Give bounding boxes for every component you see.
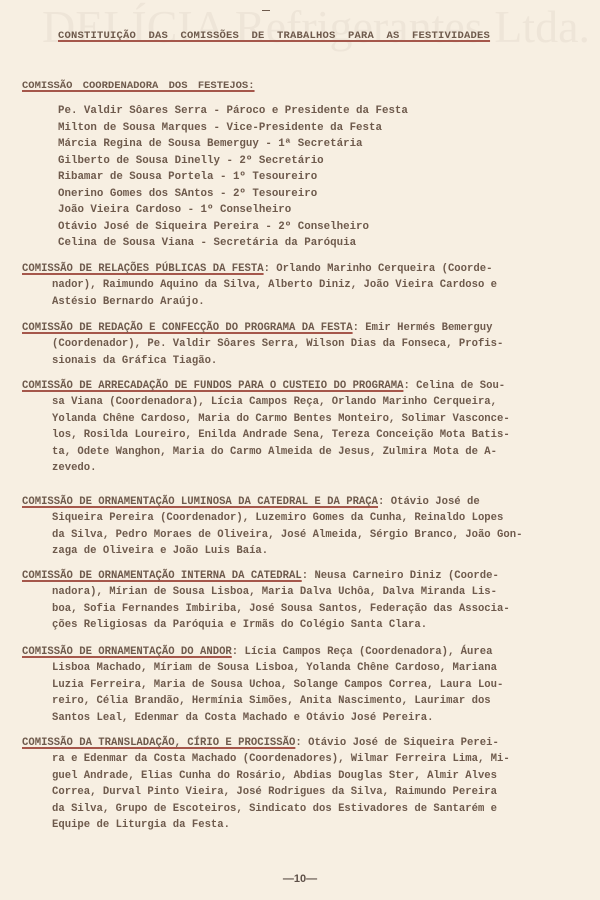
section-line: Astésio Bernardo Araújo. [52, 294, 570, 310]
section-text: : Emir Hermés Bemerguy [353, 322, 493, 334]
section-line: zevedo. [52, 460, 570, 476]
committee-section: COMISSÃO DE REDAÇÃO E CONFECÇÃO DO PROGR… [22, 320, 570, 369]
page-number: —10— [0, 873, 600, 885]
member-line: Gilberto de Sousa Dinelly - 2º Secretári… [58, 153, 408, 170]
section-title: COMISSÃO DE ORNAMENTAÇÃO DO ANDOR [22, 646, 232, 658]
committee-section: COMISSÃO DE ARRECADAÇÃO DE FUNDOS PARA O… [22, 378, 570, 476]
section-line: ções Religiosas da Paróquia e Irmãs do C… [52, 617, 570, 633]
section-line: Correa, Durval Pinto Vieira, José Rodrig… [52, 784, 570, 800]
coordinating-committee-heading: COMISSÃO COORDENADORA DOS FESTEJOS: [22, 80, 255, 92]
section-line: nador), Raimundo Aquino da Silva, Albert… [52, 277, 570, 293]
section-line: COMISSÃO DE ORNAMENTAÇÃO DO ANDOR: Lícia… [22, 644, 570, 660]
member-line: Milton de Sousa Marques - Vice-President… [58, 120, 408, 137]
section-line: boa, Sofia Fernandes Imbiriba, José Sous… [52, 601, 570, 617]
section-line: COMISSÃO DA TRANSLADAÇÃO, CÍRIO E PROCIS… [22, 735, 570, 751]
section-text: : Otávio José de Siqueira Perei- [295, 737, 498, 749]
section-line: COMISSÃO DE ORNAMENTAÇÃO INTERNA DA CATE… [22, 568, 570, 584]
section-line: nadora), Mírian de Sousa Lisboa, Maria D… [52, 584, 570, 600]
section-line: Luzia Ferreira, Maria de Sousa Uchoa, So… [52, 677, 570, 693]
section-line: da Silva, Grupo de Escoteiros, Sindicato… [52, 801, 570, 817]
page-title: CONSTITUIÇÃO DAS COMISSÕES DE TRABALHOS … [58, 30, 548, 42]
section-line: COMISSÃO DE REDAÇÃO E CONFECÇÃO DO PROGR… [22, 320, 570, 336]
section-text: : Lícia Campos Reça (Coordenadora), Áure… [232, 646, 493, 658]
member-line: Márcia Regina de Sousa Bemerguy - 1ª Sec… [58, 136, 408, 153]
section-text: : Otávio José de [378, 496, 480, 508]
section-line: guel Andrade, Elias Cunha do Rosário, Ab… [52, 768, 570, 784]
committee-section: COMISSÃO DE ORNAMENTAÇÃO LUMINOSA DA CAT… [22, 494, 570, 560]
section-line: COMISSÃO DE ORNAMENTAÇÃO LUMINOSA DA CAT… [22, 494, 570, 510]
member-line: Celina de Sousa Viana - Secretária da Pa… [58, 235, 408, 252]
section-line: COMISSÃO DE RELAÇÕES PÚBLICAS DA FESTA: … [22, 261, 570, 277]
section-line: sionais da Gráfica Tiagão. [52, 353, 570, 369]
section-title: COMISSÃO DE ARRECADAÇÃO DE FUNDOS PARA O… [22, 380, 403, 392]
section-text: : Celina de Sou- [403, 380, 505, 392]
section-title: COMISSÃO DA TRANSLADAÇÃO, CÍRIO E PROCIS… [22, 737, 295, 749]
bleed-through-text: DELÍCIA Refrigerantes Ltda. [42, 0, 590, 53]
section-text: : Orlando Marinho Cerqueira (Coorde- [264, 263, 493, 275]
committee-section: COMISSÃO DE ORNAMENTAÇÃO INTERNA DA CATE… [22, 568, 570, 634]
section-line: (Coordenador), Pe. Valdir Sôares Serra, … [52, 336, 570, 352]
top-mark [262, 10, 270, 11]
section-line: sa Viana (Coordenadora), Lícia Campos Re… [52, 394, 570, 410]
section-line: reiro, Célia Brandão, Hermínia Simões, A… [52, 693, 570, 709]
section-line: ta, Odete Wanghon, Maria do Carmo Almeid… [52, 444, 570, 460]
section-title: COMISSÃO DE ORNAMENTAÇÃO LUMINOSA DA CAT… [22, 496, 378, 508]
section-title: COMISSÃO DE REDAÇÃO E CONFECÇÃO DO PROGR… [22, 322, 353, 334]
section-line: Yolanda Chêne Cardoso, Maria do Carmo Be… [52, 411, 570, 427]
section-line: los, Rosilda Loureiro, Enilda Andrade Se… [52, 427, 570, 443]
section-title: COMISSÃO DE ORNAMENTAÇÃO INTERNA DA CATE… [22, 570, 302, 582]
section-line: Siqueira Pereira (Coordenador), Luzemiro… [52, 510, 570, 526]
section-line: Lisboa Machado, Míriam de Sousa Lisboa, … [52, 660, 570, 676]
section-text: : Neusa Carneiro Diniz (Coorde- [302, 570, 499, 582]
coordinating-committee-members: Pe. Valdir Sôares Serra - Pároco e Presi… [58, 103, 408, 252]
section-line: COMISSÃO DE ARRECADAÇÃO DE FUNDOS PARA O… [22, 378, 570, 394]
section-line: Equipe de Liturgia da Festa. [52, 817, 570, 833]
document-page: DELÍCIA Refrigerantes Ltda. CONSTITUIÇÃO… [0, 0, 600, 900]
member-line: João Vieira Cardoso - 1º Conselheiro [58, 202, 408, 219]
section-line: zaga de Oliveira e João Luis Baía. [52, 543, 570, 559]
section-title: COMISSÃO DE RELAÇÕES PÚBLICAS DA FESTA [22, 263, 264, 275]
section-line: ra e Edenmar da Costa Machado (Coordenad… [52, 751, 570, 767]
member-line: Pe. Valdir Sôares Serra - Pároco e Presi… [58, 103, 408, 120]
committee-section: COMISSÃO DA TRANSLADAÇÃO, CÍRIO E PROCIS… [22, 735, 570, 833]
committee-section: COMISSÃO DE ORNAMENTAÇÃO DO ANDOR: Lícia… [22, 644, 570, 726]
committee-section: COMISSÃO DE RELAÇÕES PÚBLICAS DA FESTA: … [22, 261, 570, 310]
member-line: Onerino Gomes dos SAntos - 2º Tesoureiro [58, 186, 408, 203]
member-line: Otávio José de Siqueira Pereira - 2º Con… [58, 219, 408, 236]
member-line: Ribamar de Sousa Portela - 1º Tesoureiro [58, 169, 408, 186]
section-line: Santos Leal, Edenmar da Costa Machado e … [52, 710, 570, 726]
section-line: da Silva, Pedro Moraes de Oliveira, José… [52, 527, 570, 543]
